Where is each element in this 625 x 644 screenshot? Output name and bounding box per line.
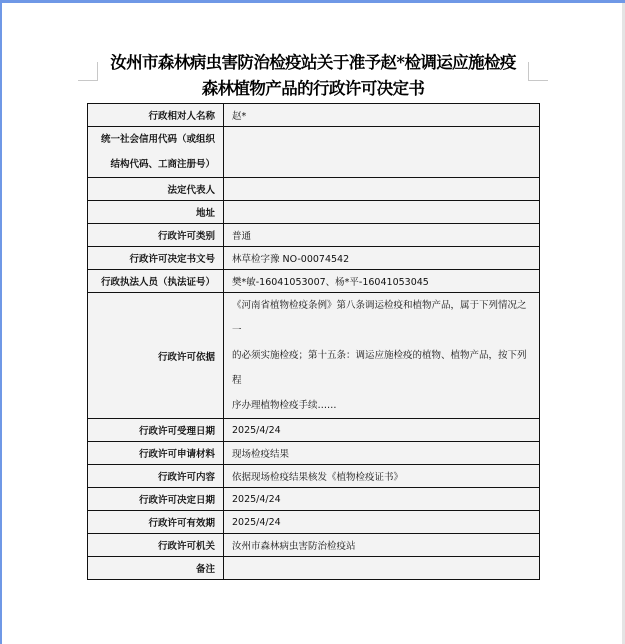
row-label: 行政许可机关 bbox=[88, 534, 224, 557]
table-row: 行政许可决定书文号 林草检字豫 NO-00074542 bbox=[88, 247, 540, 270]
label-line-2: 结构代码、工商注册号） bbox=[96, 152, 215, 177]
table-row: 行政相对人名称 赵* bbox=[88, 104, 540, 127]
row-label: 行政许可决定书文号 bbox=[88, 247, 224, 270]
row-value bbox=[224, 178, 540, 201]
permit-decision-table: 行政相对人名称 赵* 统一社会信用代码（或组织 结构代码、工商注册号） 法定代表… bbox=[87, 103, 540, 580]
row-label: 行政相对人名称 bbox=[88, 104, 224, 127]
table-row: 行政执法人员（执法证号） 樊*敏-16041053007、杨*平-1604105… bbox=[88, 270, 540, 293]
label-line-1: 统一社会信用代码（或组织 bbox=[96, 127, 215, 152]
value-line-3: 序办理植物检疫手续…… bbox=[232, 393, 531, 418]
table-row: 行政许可机关 汝州市森林病虫害防治检疫站 bbox=[88, 534, 540, 557]
table-row: 行政许可申请材料 现场检疫结果 bbox=[88, 442, 540, 465]
table-row: 行政许可有效期 2025/4/24 bbox=[88, 511, 540, 534]
row-value: 2025/4/24 bbox=[224, 511, 540, 534]
document-title: 汝州市森林病虫害防治检疫站关于准予赵*检调运应施检疫 森林植物产品的行政许可决定… bbox=[90, 50, 536, 102]
table-row: 统一社会信用代码（或组织 结构代码、工商注册号） bbox=[88, 127, 540, 178]
row-label: 行政许可类别 bbox=[88, 224, 224, 247]
row-label: 行政执法人员（执法证号） bbox=[88, 270, 224, 293]
row-label: 行政许可内容 bbox=[88, 465, 224, 488]
title-line-2: 森林植物产品的行政许可决定书 bbox=[90, 76, 536, 102]
row-value: 2025/4/24 bbox=[224, 488, 540, 511]
row-label: 统一社会信用代码（或组织 结构代码、工商注册号） bbox=[88, 127, 224, 178]
window-top-border bbox=[0, 0, 625, 3]
row-value: 依据现场检疫结果核发《植物检疫证书》 bbox=[224, 465, 540, 488]
window-left-border bbox=[0, 0, 2, 644]
row-label: 备注 bbox=[88, 557, 224, 580]
row-value: 现场检疫结果 bbox=[224, 442, 540, 465]
table-row: 地址 bbox=[88, 201, 540, 224]
row-label: 法定代表人 bbox=[88, 178, 224, 201]
row-value: 普通 bbox=[224, 224, 540, 247]
row-value: 樊*敏-16041053007、杨*平-16041053045 bbox=[224, 270, 540, 293]
row-value: 《河南省植物检疫条例》第八条调运检疫和植物产品，属于下列情况之一 的必须实施检疫… bbox=[224, 293, 540, 419]
table-row: 备注 bbox=[88, 557, 540, 580]
row-value bbox=[224, 127, 540, 178]
row-label: 行政许可申请材料 bbox=[88, 442, 224, 465]
table-row: 行政许可类别 普通 bbox=[88, 224, 540, 247]
value-line-2: 的必须实施检疫；第十五条：调运应施检疫的植物、植物产品，按下列程 bbox=[232, 343, 531, 393]
row-value bbox=[224, 557, 540, 580]
row-value: 林草检字豫 NO-00074542 bbox=[224, 247, 540, 270]
table-row: 行政许可内容 依据现场检疫结果核发《植物检疫证书》 bbox=[88, 465, 540, 488]
table-row: 行政许可受理日期 2025/4/24 bbox=[88, 419, 540, 442]
row-label: 行政许可决定日期 bbox=[88, 488, 224, 511]
table-row: 法定代表人 bbox=[88, 178, 540, 201]
row-value: 2025/4/24 bbox=[224, 419, 540, 442]
row-label: 地址 bbox=[88, 201, 224, 224]
row-label: 行政许可依据 bbox=[88, 293, 224, 419]
row-value bbox=[224, 201, 540, 224]
row-value: 汝州市森林病虫害防治检疫站 bbox=[224, 534, 540, 557]
table-row: 行政许可决定日期 2025/4/24 bbox=[88, 488, 540, 511]
table-row: 行政许可依据 《河南省植物检疫条例》第八条调运检疫和植物产品，属于下列情况之一 … bbox=[88, 293, 540, 419]
row-label: 行政许可有效期 bbox=[88, 511, 224, 534]
row-value: 赵* bbox=[224, 104, 540, 127]
title-line-1: 汝州市森林病虫害防治检疫站关于准予赵*检调运应施检疫 bbox=[90, 50, 536, 76]
value-line-1: 《河南省植物检疫条例》第八条调运检疫和植物产品，属于下列情况之一 bbox=[232, 293, 531, 343]
row-label: 行政许可受理日期 bbox=[88, 419, 224, 442]
